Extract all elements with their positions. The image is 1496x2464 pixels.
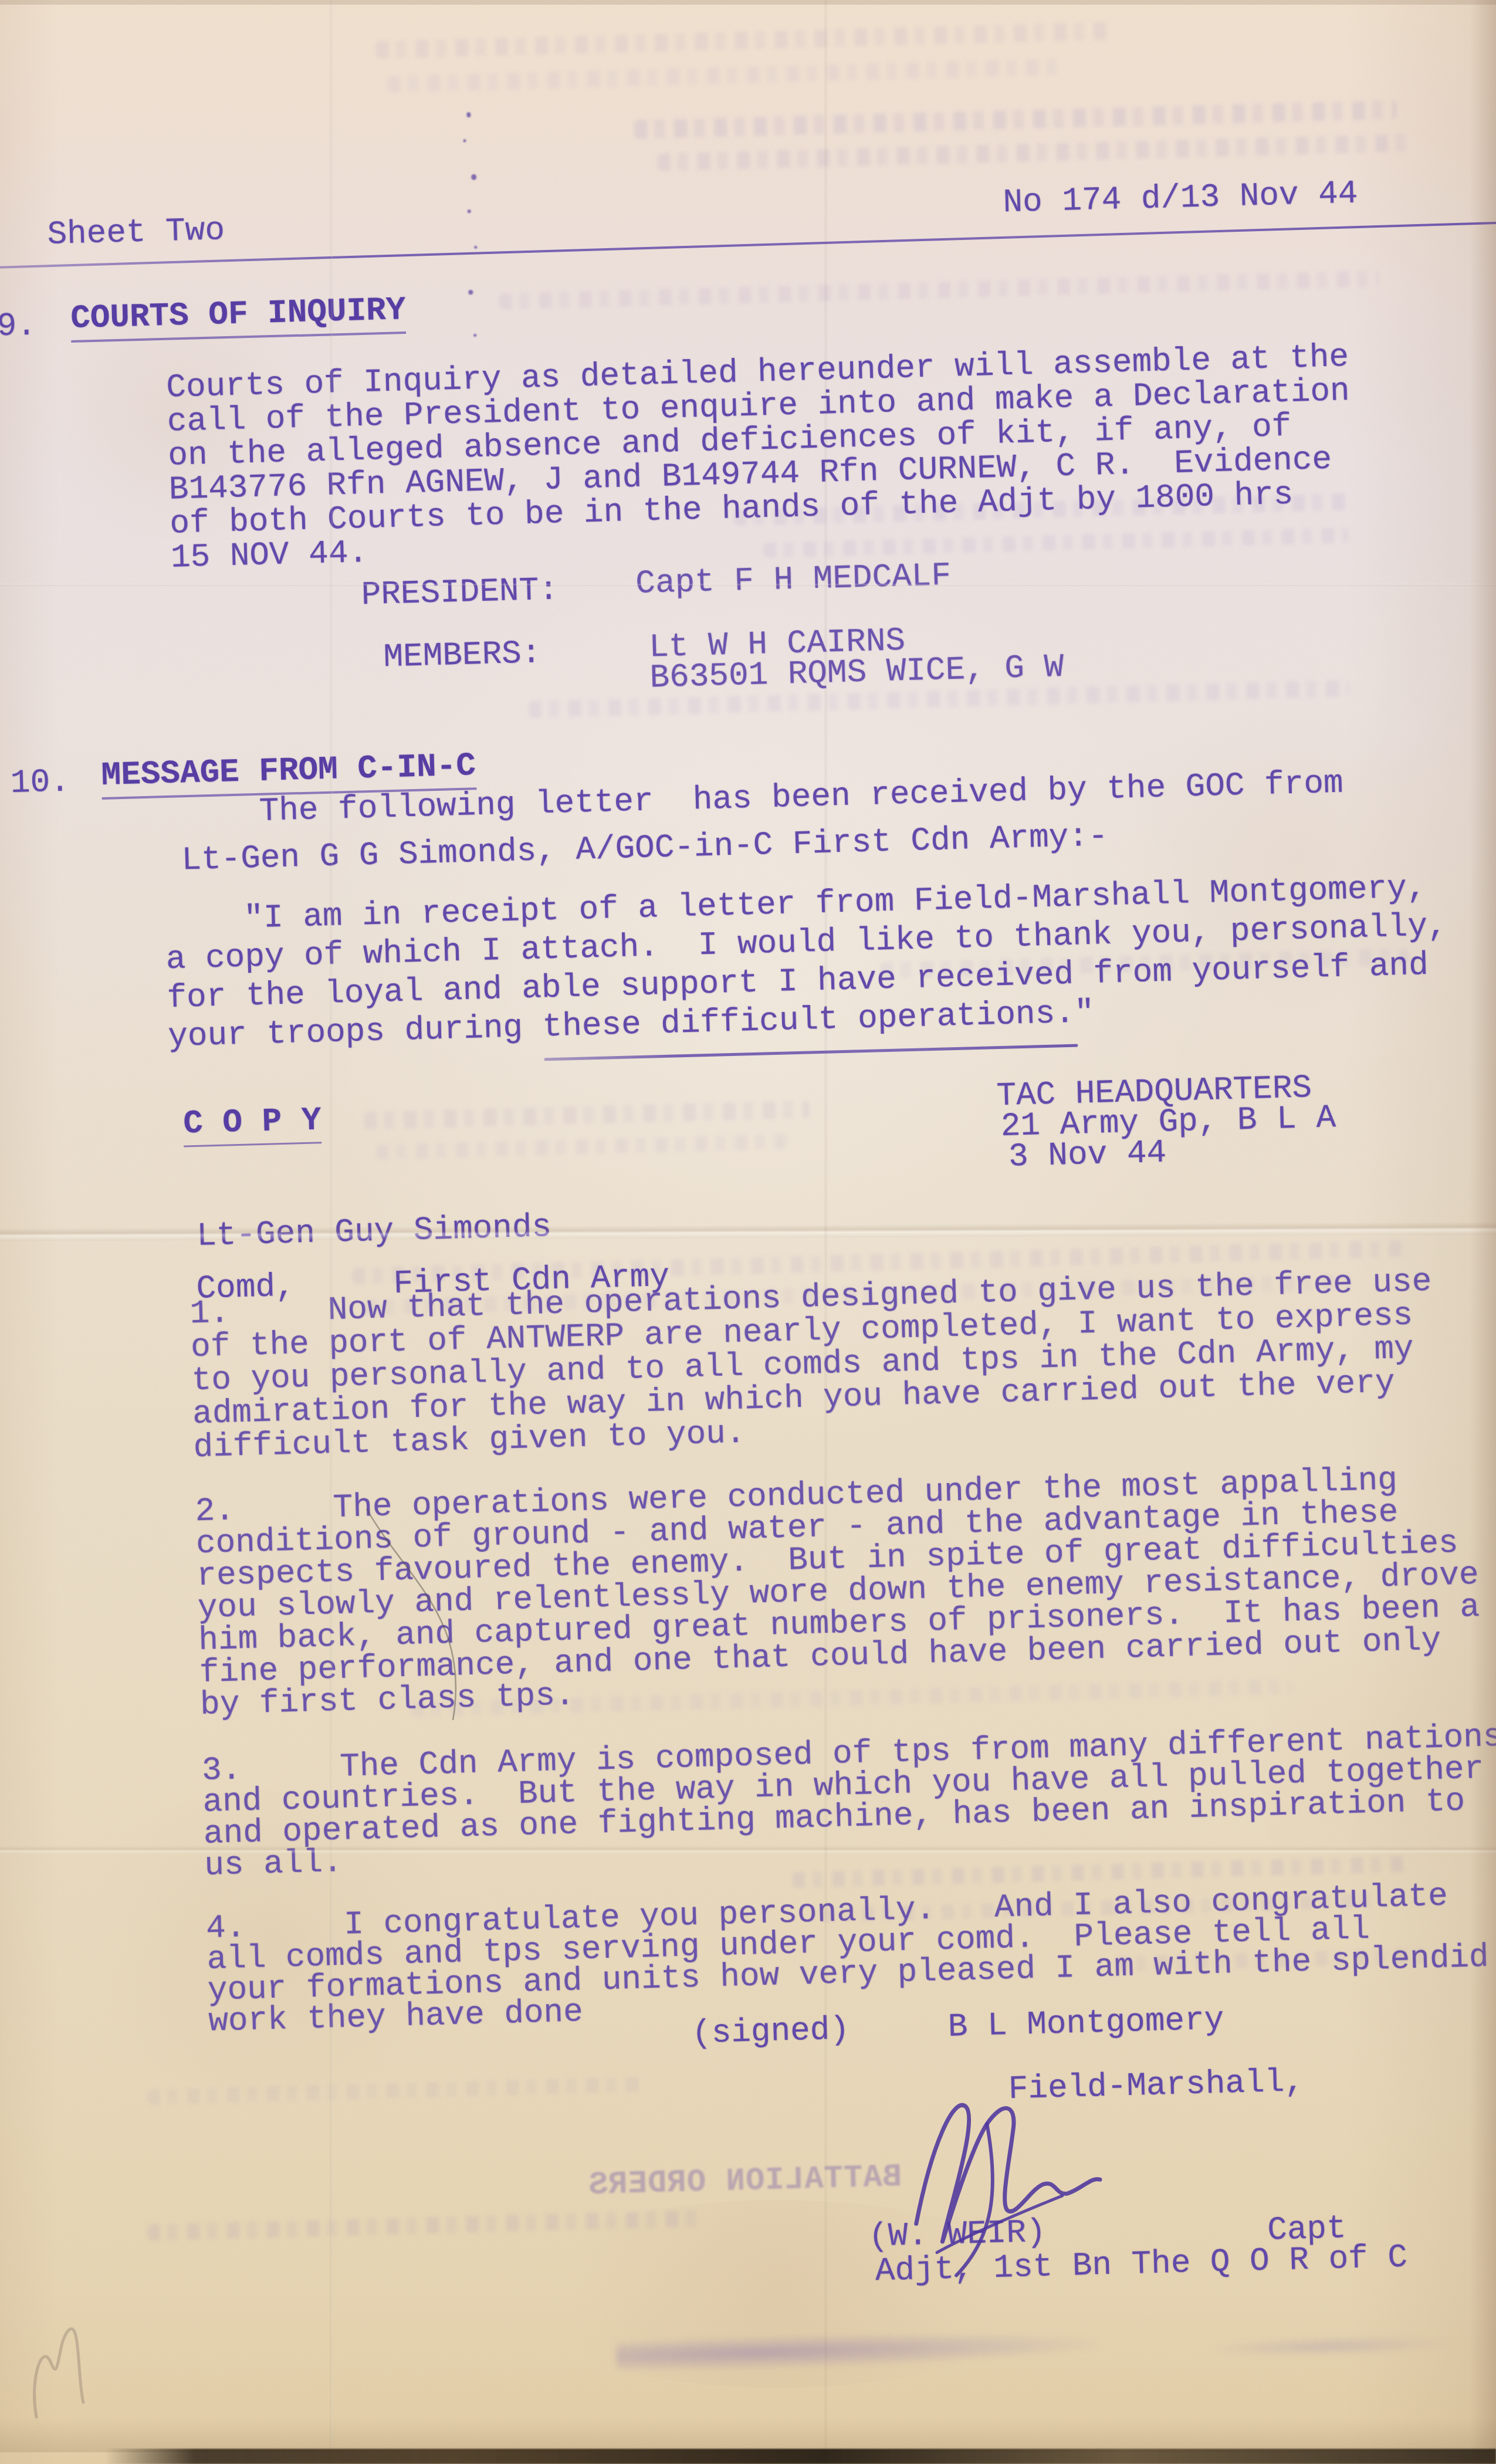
- ink-speck: [468, 290, 473, 295]
- ink-speck: [474, 246, 477, 249]
- bleed-through-line: [634, 100, 1397, 139]
- copy-label: C O P Y: [182, 1103, 321, 1147]
- section9-title: COURTS OF INQUIRY: [70, 293, 406, 343]
- scanned-document-page: { "header": { "sheet_label": "Sheet Two"…: [0, 0, 1496, 2464]
- quote-separator-rule: [544, 1044, 1078, 1061]
- ink-speck: [466, 112, 471, 117]
- bleed-through-line: [375, 1134, 786, 1160]
- bleed-through-line: [657, 134, 1408, 171]
- bleed-through-line: [147, 2210, 704, 2241]
- members-label: MEMBERS:: [383, 636, 541, 674]
- bleed-through-line: [147, 2076, 645, 2104]
- ink-speck: [473, 334, 476, 337]
- letter-para-1: 1. Now that the operations designed to g…: [189, 1265, 1436, 1464]
- scan-edge-top: [0, 0, 1496, 5]
- section9-body: Courts of Inquiry as detailed hereunder …: [166, 340, 1354, 575]
- bleed-through-line: [375, 22, 1109, 59]
- rank-line: Field-Marshall,: [1008, 2064, 1304, 2106]
- president-value: Capt F H MEDCALF: [635, 559, 952, 601]
- section10-number: 10.: [10, 764, 70, 800]
- letter-para-2: 2. The operations were conducted under t…: [195, 1462, 1482, 1721]
- members-value: Lt W H CAIRNS B63501 RQMS WICE, G W: [649, 621, 1064, 693]
- document-content: Sheet Two No 174 d/13 Nov 44 9. COURTS O…: [0, 0, 1496, 2463]
- hq-line-3: 3 Nov 44: [1008, 1138, 1167, 1172]
- bleed-through-line: [388, 59, 1062, 93]
- montgomery-quote: "I am in receipt of a letter from Field-…: [164, 868, 1450, 1056]
- order-reference: No 174 d/13 Nov 44: [1003, 177, 1358, 220]
- ink-smudge: [616, 2327, 1098, 2372]
- bleed-through-line: [364, 1101, 810, 1130]
- addressee-name: Lt-Gen Guy Simonds: [197, 1210, 552, 1253]
- battalion-orders-bleedthrough: BATTALION ORDERS: [588, 2160, 902, 2204]
- ink-smudge: [1203, 2333, 1456, 2359]
- ink-speck: [468, 209, 471, 213]
- president-label: PRESIDENT:: [361, 573, 559, 612]
- bleed-through-line: [499, 270, 1379, 310]
- hq-line-2: 21 Army Gp, B L A: [1000, 1102, 1336, 1142]
- scan-edge-bottom-fade: [0, 2417, 1496, 2452]
- ink-speck: [471, 174, 476, 180]
- sheet-label: Sheet Two: [47, 213, 225, 252]
- scan-edge-right: [1470, 0, 1496, 2464]
- letter-para-3: 3. The Cdn Army is composed of tps from …: [201, 1721, 1496, 1881]
- signatory-name: (W. WEIR): [868, 2215, 1047, 2254]
- scan-edge-bottom-strip: [0, 2449, 1496, 2464]
- section9-number: 9.: [0, 309, 37, 344]
- ink-speck: [463, 139, 466, 142]
